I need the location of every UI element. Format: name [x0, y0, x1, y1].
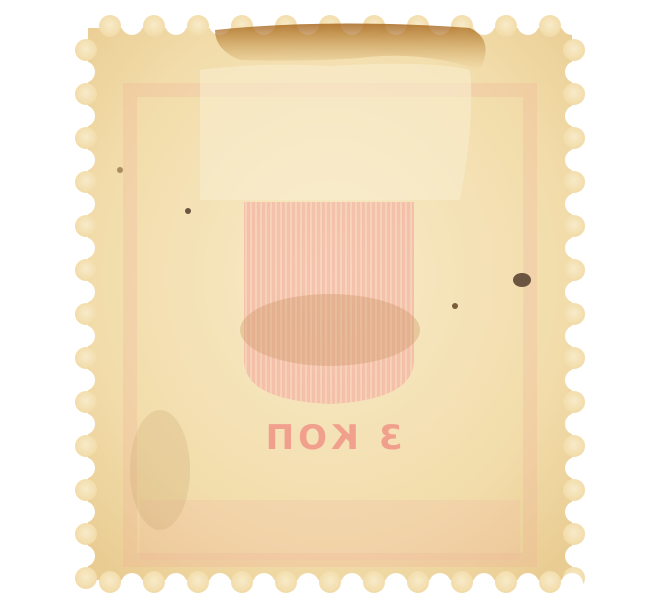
stamp-back-photo [0, 0, 658, 605]
show-through-denomination: 3 КОП [252, 418, 412, 458]
